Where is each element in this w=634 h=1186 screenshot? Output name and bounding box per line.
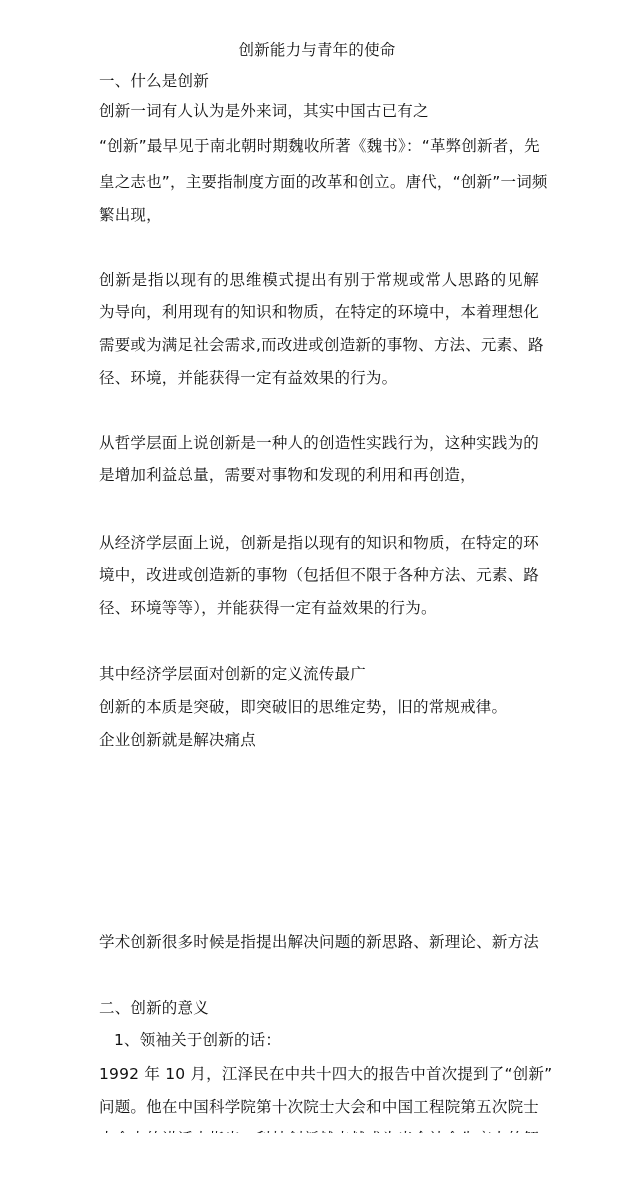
paragraph-1992-line-1: 1992 年 10 月，江泽民在中共十四大的报告中首次提到了“创新” [99,1064,539,1084]
document-page: 创新能力与青年的使命 一、什么是创新 创新一词有人认为是外来词，其实中国古已有之… [0,0,634,1186]
paragraph-enterprise: 企业创新就是解决痛点 [99,730,539,750]
paragraph-definition-line-1: 创新是指以现有的思维模式提出有别于常规或常人思路的见解 [99,270,539,290]
paragraph-history-line-3: 繁出现， [99,205,539,225]
paragraph-origin-note: 创新一词有人认为是外来词，其实中国古已有之 [99,101,539,121]
paragraph-most-popular: 其中经济学层面对创新的定义流传最广 [99,664,539,684]
paragraph-philosophy-line-1: 从哲学层面上说创新是一种人的创造性实践行为，这种实践为的 [99,433,539,453]
paragraph-philosophy-line-2: 是增加利益总量，需要对事物和发现的利用和再创造， [99,465,539,485]
section-1-heading: 一、什么是创新 [99,71,539,91]
document-title: 创新能力与青年的使命 [0,40,634,60]
paragraph-1992-line-2: 问题。他在中国科学院第十次院士大会和中国工程院第五次院士 [99,1097,539,1117]
paragraph-economics-line-1: 从经济学层面上说，创新是指以现有的知识和物质，在特定的环 [99,533,539,553]
paragraph-definition-line-4: 径、环境，并能获得一定有益效果的行为。 [99,368,539,388]
paragraph-1992-line-3-clipped: 大会上的讲话中指出：科技创新越来越成为当今社会生产力的解 [99,1129,539,1133]
paragraph-history-line-2: 皇之志也”，主要指制度方面的改革和创立。唐代，“创新”一词频 [99,172,539,192]
paragraph-definition-line-2: 为导向，利用现有的知识和物质，在特定的环境中，本着理想化 [99,302,539,322]
section-2-heading: 二、创新的意义 [99,998,539,1018]
paragraph-economics-line-3: 径、环境等等），并能获得一定有益效果的行为。 [99,598,539,618]
paragraph-essence: 创新的本质是突破，即突破旧的思维定势，旧的常规戒律。 [99,697,539,717]
paragraph-economics-line-2: 境中，改进或创造新的事物（包括但不限于各种方法、元素、路 [99,565,539,585]
paragraph-academic: 学术创新很多时候是指提出解决问题的新思路、新理论、新方法 [99,932,539,952]
paragraph-definition-line-3: 需要或为满足社会需求,而改进或创造新的事物、方法、元素、路 [99,335,539,355]
subsection-1-heading: 1、领袖关于创新的话： [114,1030,554,1050]
paragraph-history-line-1: “创新”最早见于南北朝时期魏收所著《魏书》：“革弊创新者，先 [99,136,539,156]
